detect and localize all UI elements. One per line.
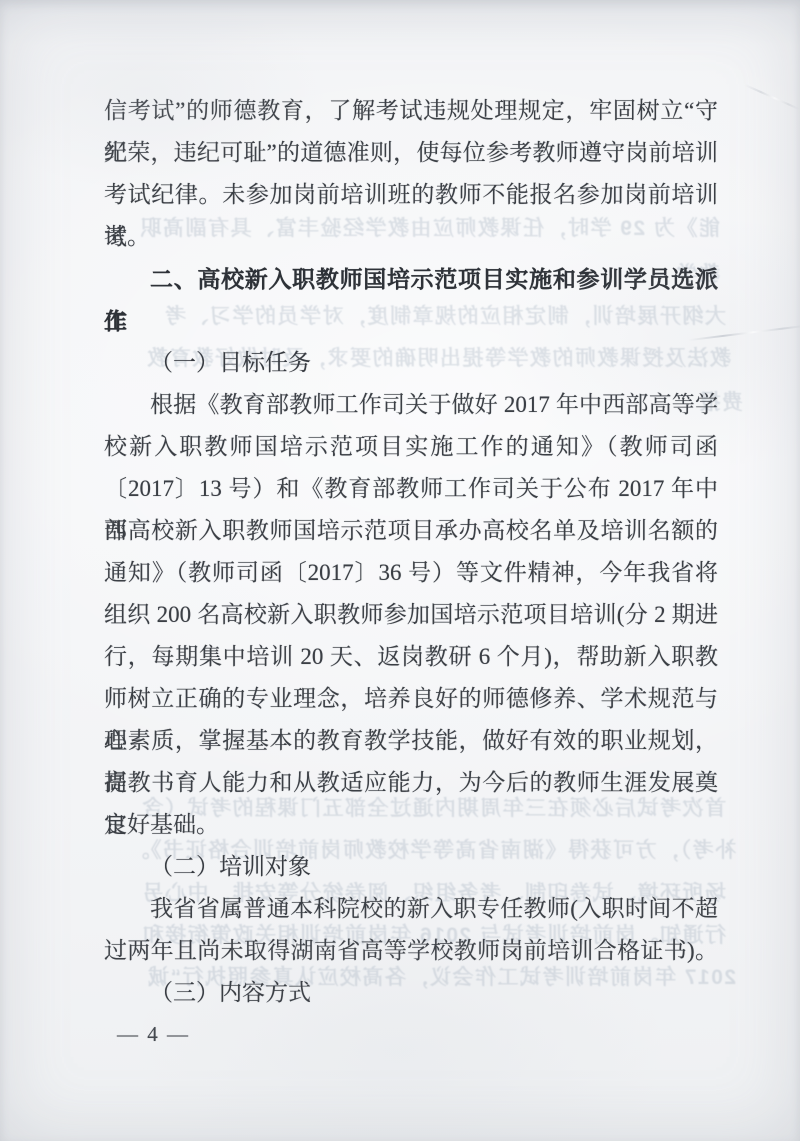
- text-line: 过两年且尚未取得湖南省高等学校教师岗前培训合格证书)。: [104, 930, 718, 972]
- text-line: 光荣，违纪可耻”的道德准则，使每位参考教师遵守岗前培训: [104, 132, 718, 174]
- text-line: 根据《教育部教师工作司关于做好 2017 年中西部高等学: [104, 384, 718, 426]
- text-line: （三）内容方式: [104, 972, 718, 1014]
- text-line: 试。: [104, 216, 718, 258]
- text-line: 二、高校新入职教师国培示范项目实施和参训学员选派工: [104, 258, 718, 300]
- text-line: （一）目标任务: [104, 342, 718, 384]
- text-line: 部高校新入职教师国培示范项目承办高校名单及培训名额的: [104, 510, 718, 552]
- text-line: （二）培训对象: [104, 846, 718, 888]
- text-line: 〔2017〕13 号）和《教育部教师工作司关于公布 2017 年中西: [104, 468, 718, 510]
- text-line: 高教书育人能力和从教适应能力，为今后的教师生涯发展奠定: [104, 762, 718, 804]
- text-line: 通知》（教师司函〔2017〕36 号）等文件精神，今年我省将: [104, 552, 718, 594]
- page-text: 信考试”的师德教育，了解考试违规处理规定，牢固树立“守纪光荣，违纪可耻”的道德准…: [104, 90, 718, 1014]
- scanned-document-page: 能》为 29 学时，任课教师应由教学经验丰富、具有副高职教学大纲开展培训，制定相…: [0, 0, 800, 1141]
- paper-crease: [744, 84, 800, 110]
- text-line: 师树立正确的专业理念，培养良好的师德修养、学术规范与心: [104, 678, 718, 720]
- text-line: 行，每期集中培训 20 天、返岗教研 6 个月)，帮助新入职教: [104, 636, 718, 678]
- text-line: 组织 200 名高校新入职教师参加国培示范项目培训(分 2 期进: [104, 594, 718, 636]
- text-line: 考试纪律。未参加岗前培训班的教师不能报名参加岗前培训考: [104, 174, 718, 216]
- text-line: 作: [104, 300, 718, 342]
- text-line: 校新入职教师国培示范项目实施工作的通知》（教师司函: [104, 426, 718, 468]
- text-line: 信考试”的师德教育，了解考试违规处理规定，牢固树立“守纪: [104, 90, 718, 132]
- text-line: 我省省属普通本科院校的新入职专任教师(入职时间不超: [104, 888, 718, 930]
- text-line: 良好基础。: [104, 804, 718, 846]
- page-number: — 4 —: [117, 1022, 190, 1046]
- text-line: 理素质，掌握基本的教育教学技能，做好有效的职业规划，提: [104, 720, 718, 762]
